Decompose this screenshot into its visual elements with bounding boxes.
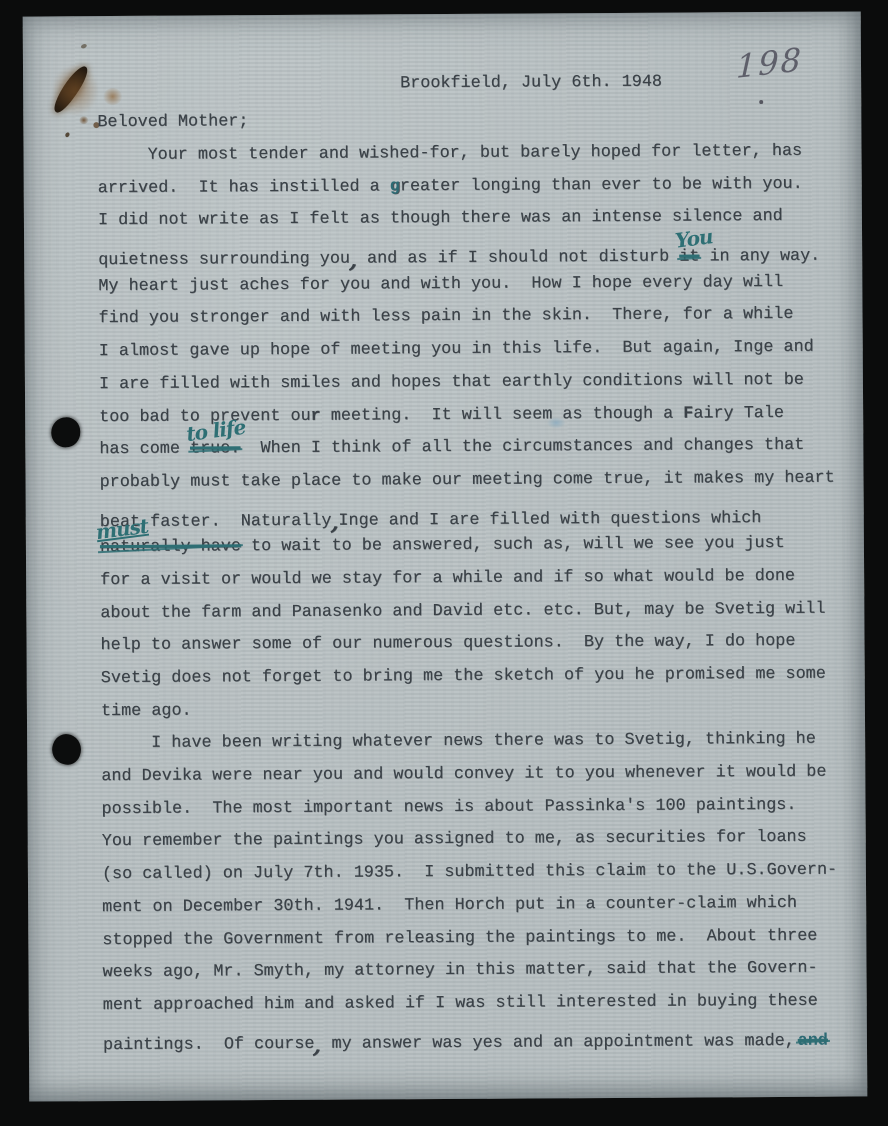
letter-content: Brookfield, July 6th. 1948 Beloved Mothe… xyxy=(97,71,859,1061)
typed-text: ment approached him and asked if I was s… xyxy=(103,992,818,1015)
overstruck-char: r xyxy=(311,406,321,425)
typed-text: I did not write as I felt as though ther… xyxy=(98,207,783,230)
ink-stain-dot xyxy=(64,132,70,138)
typed-text: for a visit or would we stay for a while… xyxy=(100,567,795,590)
ink-correction: itYou xyxy=(679,248,699,267)
letter-line: probably must take place to make our mee… xyxy=(99,468,855,505)
letter-line: Svetig does not forget to bring me the s… xyxy=(101,664,857,701)
typed-text: quietness surrounding you xyxy=(98,250,350,271)
letter-line: help to answer some of our numerous ques… xyxy=(100,632,856,669)
letter-line: I are filled with smiles and hopes that … xyxy=(99,370,855,407)
letter-line: ment on December 30th. 1941. Then Horch … xyxy=(102,893,858,930)
hole-punch xyxy=(48,730,85,768)
ink-stain-speck xyxy=(80,43,87,49)
letter-line: (so called) on July 7th. 1935. I submitt… xyxy=(102,861,858,898)
typed-text: weeks ago, Mr. Smyth, my attorney in thi… xyxy=(102,959,817,982)
letter-line: stopped the Government from releasing th… xyxy=(102,926,858,963)
typed-text: my answer was yes and an appointment was… xyxy=(321,1031,794,1053)
typed-text: I have been writing whatever news there … xyxy=(151,730,816,753)
letter-line: for a visit or would we stay for a while… xyxy=(100,566,856,603)
salutation: Beloved Mother; xyxy=(97,108,853,146)
letter-line: quietness surrounding you, and as if I s… xyxy=(98,240,854,277)
handwritten-comma: , xyxy=(313,1032,323,1059)
letter-line: My heart just aches for you and with you… xyxy=(98,272,854,309)
letter-line: paintings. Of course, my answer was yes … xyxy=(103,1024,859,1061)
typed-text: find you stronger and with less pain in … xyxy=(98,305,793,328)
typed-text: When I think of all the circumstances an… xyxy=(240,436,804,458)
typed-text: probably must take place to make our mee… xyxy=(99,468,834,491)
typed-text: My heart just aches for you and with you… xyxy=(98,273,783,296)
typed-text: arrived. It has instilled a xyxy=(98,177,390,198)
typed-text: airy Tale xyxy=(693,403,784,423)
letter-line: and Devika were near you and would conve… xyxy=(101,763,857,800)
typed-text: possible. The most important news is abo… xyxy=(101,796,796,819)
letter-paper: 198 Brookfield, July 6th. 1948 Beloved M… xyxy=(23,11,868,1101)
typed-text: about the farm and Panasenko and David e… xyxy=(100,599,825,622)
typed-text: You remember the paintings you assigned … xyxy=(102,828,807,851)
typed-text: I are filled with smiles and hopes that … xyxy=(99,371,804,394)
struck-text: and xyxy=(798,1031,828,1050)
letter-line: ment approached him and asked if I was s… xyxy=(103,991,859,1028)
ink-stain-halo xyxy=(51,64,99,116)
typed-text: and Devika were near you and would conve… xyxy=(101,763,826,786)
letter-line: time ago. xyxy=(101,697,857,734)
typed-text: meeting. It will seem as though a xyxy=(321,404,684,425)
letter-line: You remember the paintings you assigned … xyxy=(102,828,858,865)
typed-text: Your most tender and wished-for, but bar… xyxy=(147,142,802,165)
letter-line: find you stronger and with less pain in … xyxy=(98,305,854,342)
typed-text: and as if I should not disturb xyxy=(357,248,679,269)
typed-text: reater longing than ever to be with you. xyxy=(400,174,803,195)
typed-text: Inge and I are filled with questions whi… xyxy=(338,509,761,531)
typed-text: to wait to be answered, such as, will we… xyxy=(241,534,785,556)
hole-punch xyxy=(51,417,80,447)
ink-correction: naturally havemust xyxy=(100,537,241,557)
letter-line: has come true.to life When I think of al… xyxy=(99,436,855,473)
typed-text: has come xyxy=(99,440,190,460)
typed-text: (so called) on July 7th. 1935. I submitt… xyxy=(102,861,837,884)
overstruck-char: F xyxy=(683,404,693,423)
dateline: Brookfield, July 6th. 1948 xyxy=(400,71,853,111)
ink-overwritten-char: g xyxy=(390,177,400,196)
ink-stain-dot xyxy=(79,116,88,124)
letter-line: possible. The most important news is abo… xyxy=(101,795,857,832)
letter-line: I have been writing whatever news there … xyxy=(101,730,857,767)
ink-correction: true.to life xyxy=(190,439,240,458)
letter-body: Your most tender and wished-for, but bar… xyxy=(97,141,859,1061)
typed-text: paintings. Of course xyxy=(103,1034,315,1054)
typed-text: Svetig does not forget to bring me the s… xyxy=(101,665,826,688)
letter-line: naturally havemust to wait to be answere… xyxy=(100,534,856,571)
letter-line: I did not write as I felt as though ther… xyxy=(98,207,854,244)
typed-text: stopped the Government from releasing th… xyxy=(102,926,817,949)
typed-text: help to answer some of our numerous ques… xyxy=(100,632,795,655)
typed-text: I almost gave up hope of meeting you in … xyxy=(99,338,814,361)
letter-line: Your most tender and wished-for, but bar… xyxy=(97,141,853,178)
typed-text: ment on December 30th. 1941. Then Horch … xyxy=(102,894,797,917)
typed-text: in any way. xyxy=(699,247,820,267)
handwritten-insert: You xyxy=(674,224,714,253)
typed-text: time ago. xyxy=(101,701,192,721)
letter-line: arrived. It has instilled a greater long… xyxy=(98,174,854,211)
letter-line: weeks ago, Mr. Smyth, my attorney in thi… xyxy=(102,959,858,996)
letter-line: about the farm and Panasenko and David e… xyxy=(100,599,856,636)
letter-line: beat faster. Naturally,Inge and I are fi… xyxy=(100,501,856,538)
letter-line: I almost gave up hope of meeting you in … xyxy=(99,338,855,375)
